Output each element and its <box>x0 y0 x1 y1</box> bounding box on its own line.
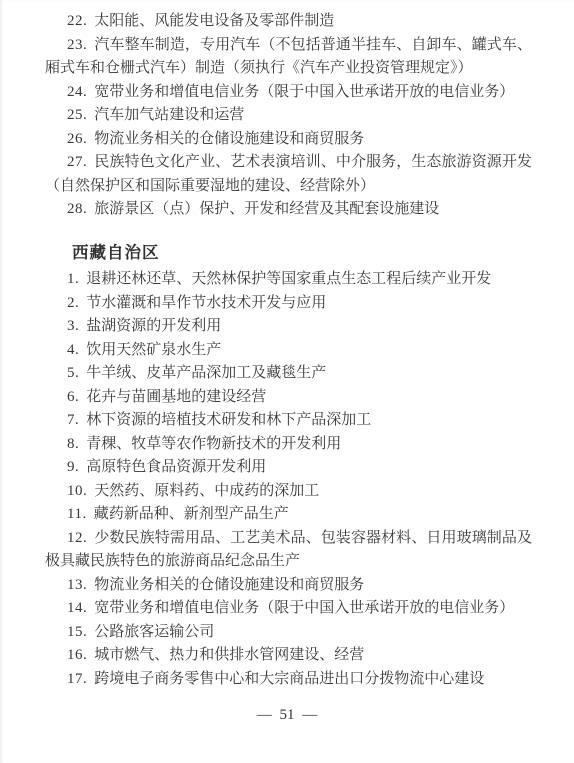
item-number: 28. <box>67 201 87 217</box>
item-number: 15. <box>67 624 87 640</box>
item-number: 7. <box>67 412 79 428</box>
item-text: 城市燃气、热力和供排水管网建设、经营 <box>94 647 364 663</box>
list-item: 26.物流业务相关的仓储设施建设和商贸服务 <box>45 128 532 152</box>
list-item: 8.青稞、牧草等农作物新技术的开发利用 <box>45 433 532 457</box>
list-item: 28.旅游景区（点）保护、开发和经营及其配套设施建设 <box>45 198 532 222</box>
list-item: 17.跨境电子商务零售中心和大宗商品进出口分拨物流中心建设 <box>45 668 532 692</box>
document-section: 22.太阳能、风能发电设备及零部件制造23.汽车整车制造，专用汽车（不包括普通半… <box>45 10 532 222</box>
item-number: 4. <box>67 342 79 358</box>
document-body: 22.太阳能、风能发电设备及零部件制造23.汽车整车制造，专用汽车（不包括普通半… <box>0 0 574 691</box>
item-text: 跨境电子商务零售中心和大宗商品进出口分拨物流中心建设 <box>94 671 484 687</box>
item-number: 8. <box>67 436 79 452</box>
item-number: 12. <box>67 530 87 546</box>
list-item: 16.城市燃气、热力和供排水管网建设、经营 <box>45 644 532 668</box>
item-text: 宽带业务和增值电信业务（限于中国入世承诺开放的电信业务） <box>94 600 514 616</box>
list-item: 22.太阳能、风能发电设备及零部件制造 <box>45 10 532 34</box>
item-text: 林下资源的培植技术研发和林下产品深加工 <box>86 412 371 428</box>
list-item: 13.物流业务相关的仓储设施建设和商贸服务 <box>45 574 532 598</box>
item-text: 民族特色文化产业、艺术表演培训、中介服务，生态旅游资源开发（自然保护区和国际重要… <box>45 154 532 194</box>
item-number: 23. <box>67 37 87 53</box>
list-item: 5.牛羊绒、皮革产品深加工及藏毯生产 <box>45 362 532 386</box>
item-text: 青稞、牧草等农作物新技术的开发利用 <box>86 436 341 452</box>
item-number: 22. <box>67 13 87 29</box>
item-text: 高原特色食品资源开发利用 <box>86 459 266 475</box>
item-text: 旅游景区（点）保护、开发和经营及其配套设施建设 <box>94 201 439 217</box>
item-number: 27. <box>67 154 87 170</box>
list-item: 1.退耕还林还草、天然林保护等国家重点生态工程后续产业开发 <box>45 268 532 292</box>
item-number: 16. <box>67 647 87 663</box>
item-number: 11. <box>67 506 87 522</box>
list-item: 27.民族特色文化产业、艺术表演培训、中介服务，生态旅游资源开发（自然保护区和国… <box>45 151 532 198</box>
item-text: 退耕还林还草、天然林保护等国家重点生态工程后续产业开发 <box>86 271 491 287</box>
list-item: 7.林下资源的培植技术研发和林下产品深加工 <box>45 409 532 433</box>
item-text: 花卉与苗圃基地的建设经营 <box>86 389 266 405</box>
item-number: 6. <box>67 389 79 405</box>
item-text: 太阳能、风能发电设备及零部件制造 <box>94 13 334 29</box>
list-item: 3.盐湖资源的开发利用 <box>45 315 532 339</box>
section-heading: 西藏自治区 <box>45 241 532 265</box>
item-text: 少数民族特需用品、工艺美术品、包装容器材料、日用玻璃制品及极具藏民族特色的旅游商… <box>45 530 532 570</box>
list-item: 14.宽带业务和增值电信业务（限于中国入世承诺开放的电信业务） <box>45 597 532 621</box>
item-text: 藏药新品种、新剂型产品生产 <box>94 506 289 522</box>
item-text: 宽带业务和增值电信业务（限于中国入世承诺开放的电信业务） <box>94 84 514 100</box>
list-item: 4.饮用天然矿泉水生产 <box>45 339 532 363</box>
list-item: 23.汽车整车制造，专用汽车（不包括普通半挂车、自卸车、罐式车、厢式车和仓栅式汽… <box>45 34 532 81</box>
item-text: 汽车加气站建设和运营 <box>94 107 244 123</box>
item-number: 10. <box>67 483 87 499</box>
item-text: 物流业务相关的仓储设施建设和商贸服务 <box>94 577 364 593</box>
list-item: 2.节水灌溉和旱作节水技术开发与应用 <box>45 292 532 316</box>
item-text: 天然药、原料药、中成药的深加工 <box>94 483 319 499</box>
list-item: 9.高原特色食品资源开发利用 <box>45 456 532 480</box>
list-item: 15.公路旅客运输公司 <box>45 621 532 645</box>
item-number: 1. <box>67 271 79 287</box>
item-number: 13. <box>67 577 87 593</box>
page-number: — 51 — <box>0 704 574 728</box>
item-text: 公路旅客运输公司 <box>94 624 214 640</box>
item-text: 节水灌溉和旱作节水技术开发与应用 <box>86 295 326 311</box>
item-number: 24. <box>67 84 87 100</box>
document-section: 西藏自治区1.退耕还林还草、天然林保护等国家重点生态工程后续产业开发2.节水灌溉… <box>45 241 532 692</box>
item-text: 物流业务相关的仓储设施建设和商贸服务 <box>94 131 364 147</box>
item-number: 2. <box>67 295 79 311</box>
item-number: 26. <box>67 131 87 147</box>
list-item: 11.藏药新品种、新剂型产品生产 <box>45 503 532 527</box>
item-number: 17. <box>67 671 87 687</box>
item-text: 牛羊绒、皮革产品深加工及藏毯生产 <box>86 365 326 381</box>
item-text: 饮用天然矿泉水生产 <box>86 342 221 358</box>
list-item: 24.宽带业务和增值电信业务（限于中国入世承诺开放的电信业务） <box>45 81 532 105</box>
item-text: 汽车整车制造，专用汽车（不包括普通半挂车、自卸车、罐式车、厢式车和仓栅式汽车）制… <box>45 37 532 77</box>
item-number: 25. <box>67 107 87 123</box>
list-item: 25.汽车加气站建设和运营 <box>45 104 532 128</box>
list-item: 6.花卉与苗圃基地的建设经营 <box>45 386 532 410</box>
list-item: 10.天然药、原料药、中成药的深加工 <box>45 480 532 504</box>
item-number: 3. <box>67 318 79 334</box>
item-text: 盐湖资源的开发利用 <box>86 318 221 334</box>
item-number: 14. <box>67 600 87 616</box>
document-page: 22.太阳能、风能发电设备及零部件制造23.汽车整车制造，专用汽车（不包括普通半… <box>0 0 574 763</box>
item-number: 5. <box>67 365 79 381</box>
list-item: 12.少数民族特需用品、工艺美术品、包装容器材料、日用玻璃制品及极具藏民族特色的… <box>45 527 532 574</box>
item-number: 9. <box>67 459 79 475</box>
